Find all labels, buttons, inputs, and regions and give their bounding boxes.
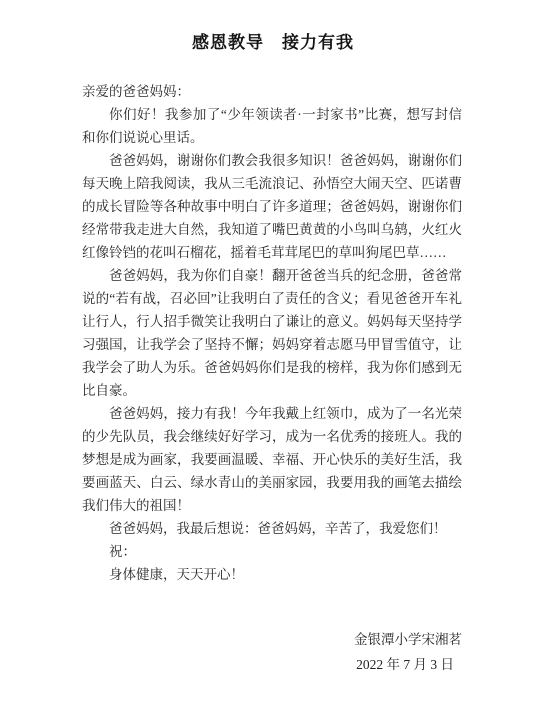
letter-paragraph-3: 爸爸妈妈，我为你们自豪！翻开爸爸当兵的纪念册，爸爸常说的“若有战，召必回”让我明… xyxy=(82,264,462,402)
signature-name: 金银潭小学宋湘茗 xyxy=(82,627,462,652)
letter-body: 亲爱的爸爸妈妈： 你们好！我参加了“少年领读者·一封家书”比赛，想写封信和你们说… xyxy=(82,80,462,677)
letter-page: 感恩教导 接力有我 亲爱的爸爸妈妈： 你们好！我参加了“少年领读者·一封家书”比… xyxy=(0,0,546,708)
signature-date: 2022 年 7 月 3 日 xyxy=(82,652,462,677)
letter-wish-text: 身体健康，天天开心！ xyxy=(82,563,462,586)
letter-paragraph-2: 爸爸妈妈，谢谢你们教会我很多知识！爸爸妈妈，谢谢你们每天晚上陪我阅读，我从三毛流… xyxy=(82,149,462,264)
letter-paragraph-5: 爸爸妈妈，我最后想说：爸爸妈妈，辛苦了，我爱您们！ xyxy=(82,517,462,540)
letter-greeting: 亲爱的爸爸妈妈： xyxy=(82,80,462,103)
letter-title: 感恩教导 接力有我 xyxy=(0,0,546,53)
signature-block: 金银潭小学宋湘茗 2022 年 7 月 3 日 xyxy=(82,627,462,677)
letter-paragraph-4: 爸爸妈妈，接力有我！今年我戴上红领巾，成为了一名光荣的少先队员，我会继续好好学习… xyxy=(82,402,462,517)
letter-wish-label: 祝： xyxy=(82,540,462,563)
letter-paragraph-1: 你们好！我参加了“少年领读者·一封家书”比赛，想写封信和你们说说心里话。 xyxy=(82,103,462,149)
